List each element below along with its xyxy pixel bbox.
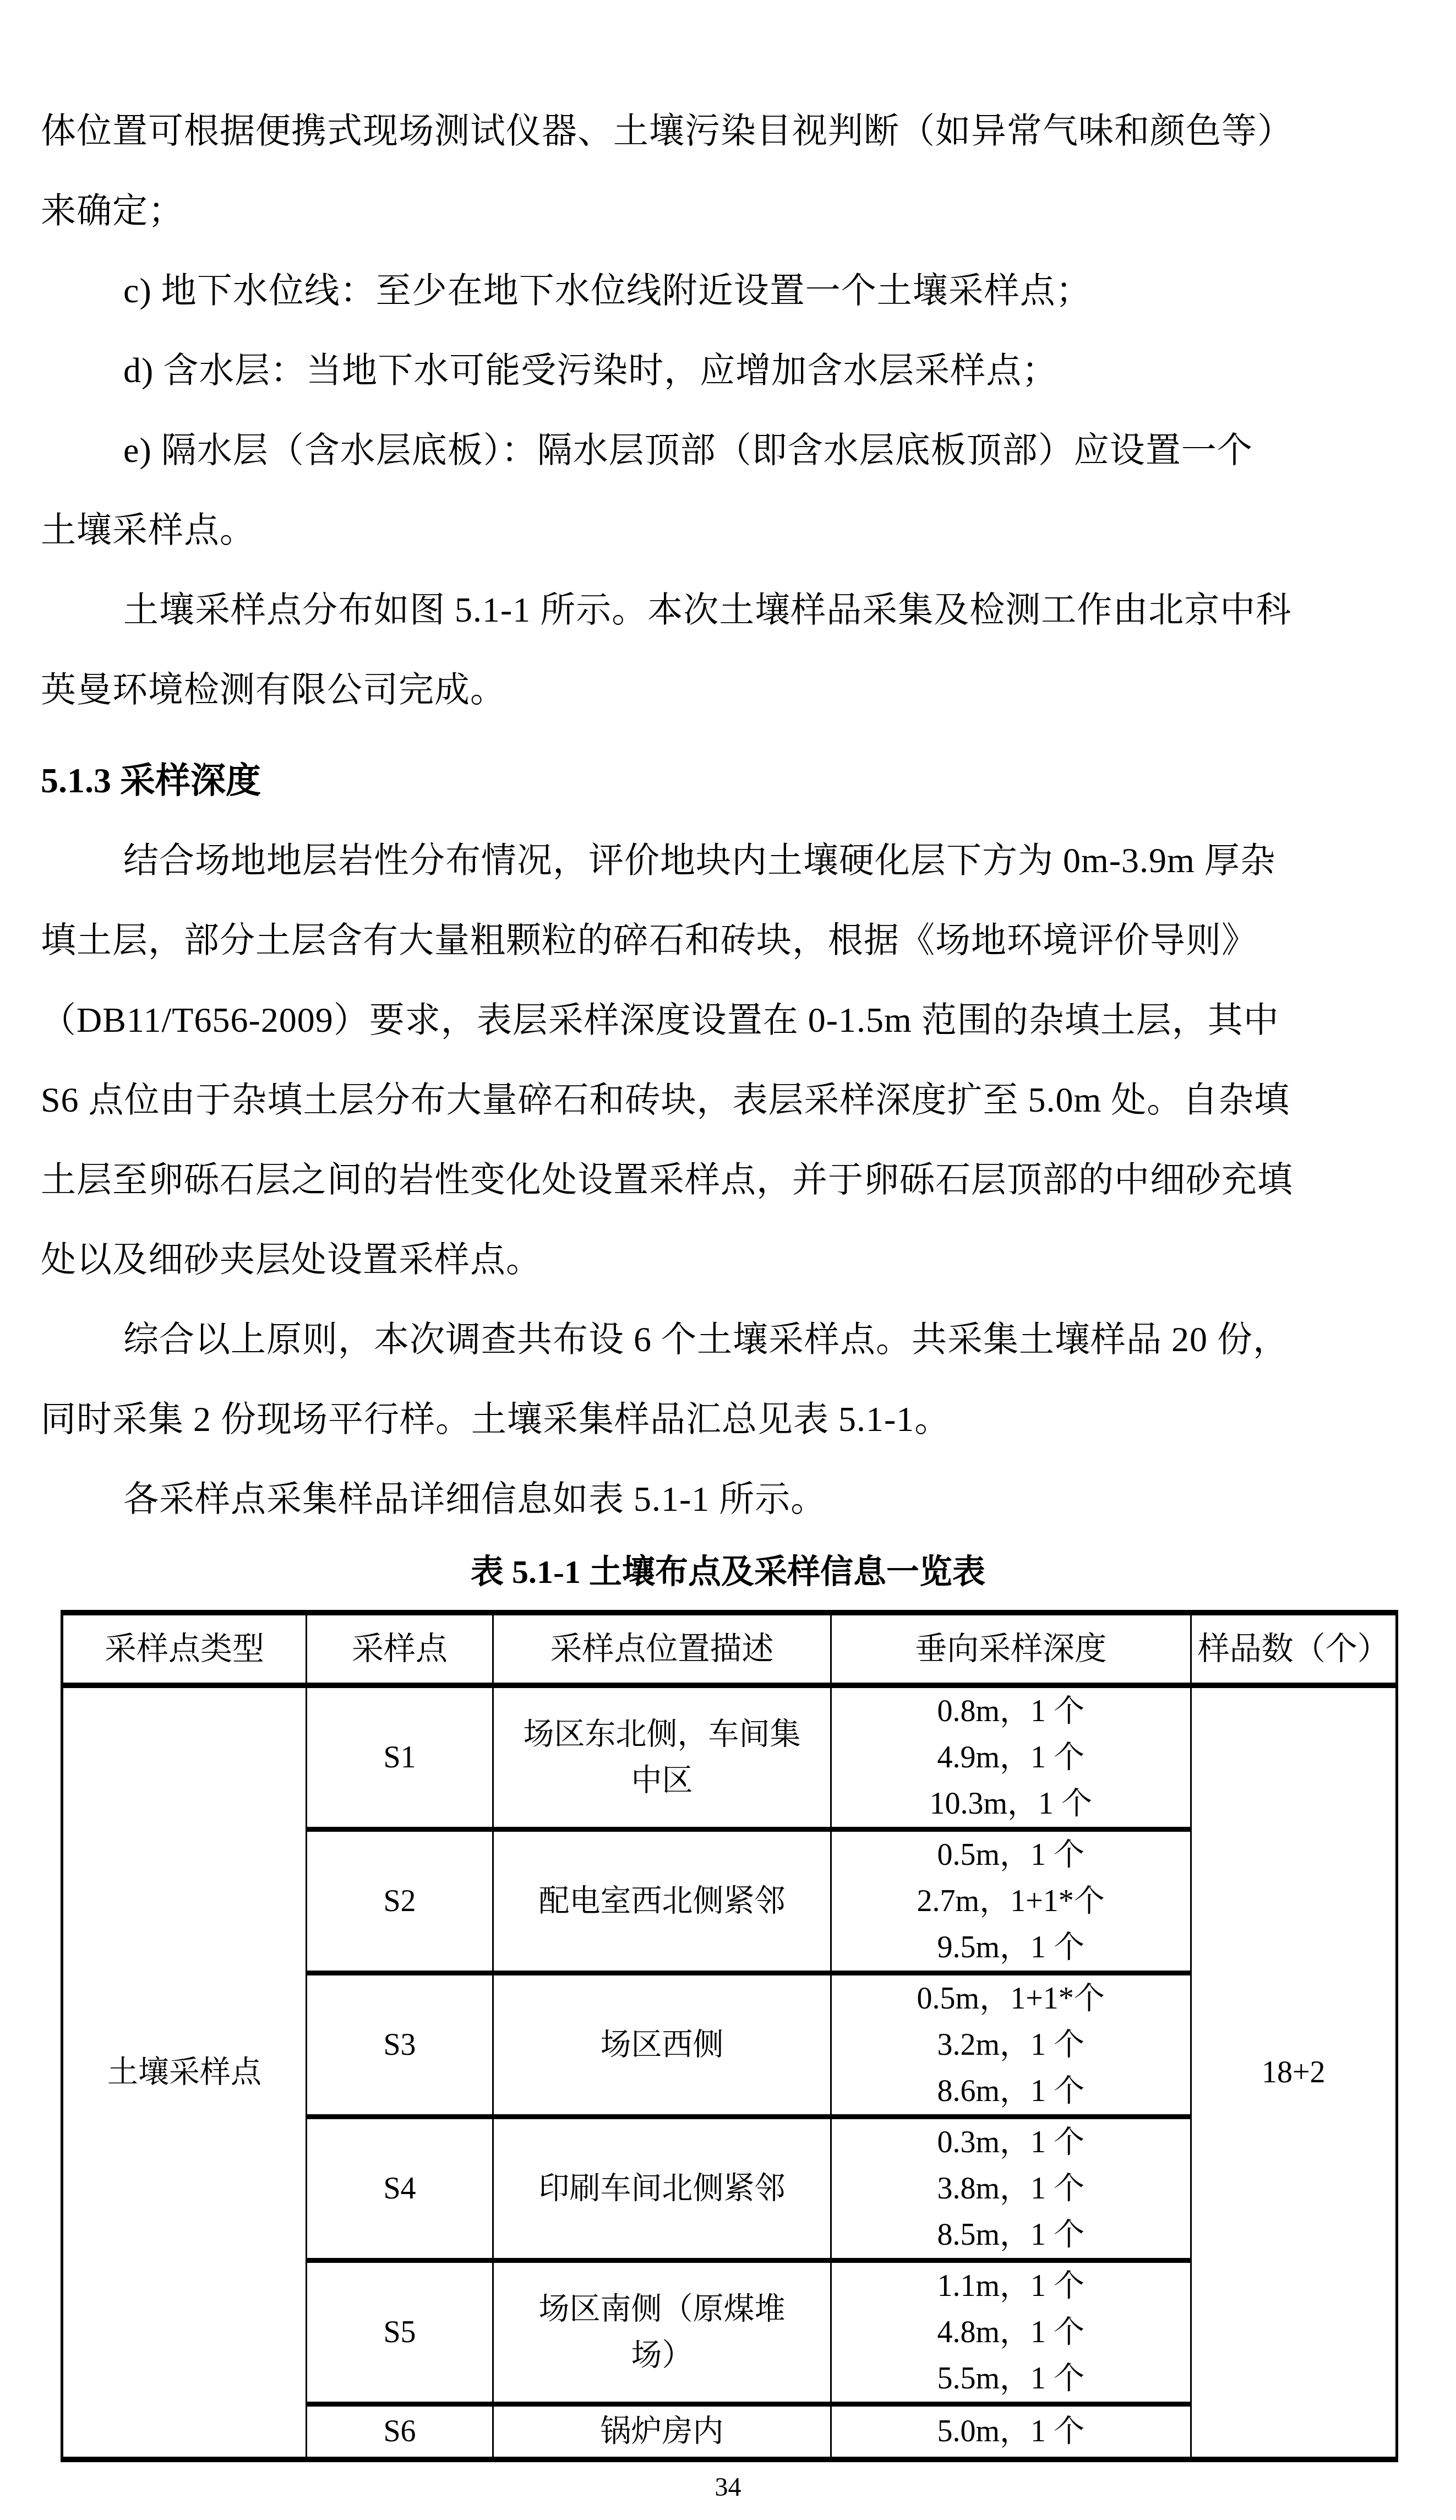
paragraph-summary: 综合以上原则，本次调查共布设 6 个土壤采样点。共采集土壤样品 20 份， 同时… <box>41 1299 1417 1459</box>
cell-location: 锅炉房内 <box>493 2404 831 2459</box>
text-line: 土层至卵砾石层之间的岩性变化处设置采样点，并于卵砾石层顶部的中细砂充填 <box>41 1140 1417 1220</box>
depth-entry: 8.5m，1 个 <box>837 2212 1185 2258</box>
text-line: d) 含水层：当地下水可能受污染时，应增加含水层采样点； <box>123 330 1417 410</box>
depth-entry: 0.3m，1 个 <box>837 2119 1185 2165</box>
cell-location: 场区东北侧，车间集中区 <box>493 1685 831 1830</box>
cell-point: S6 <box>306 2404 493 2459</box>
cell-point: S5 <box>306 2261 493 2404</box>
cell-location: 配电室西北侧紧邻 <box>493 1830 831 1973</box>
text-line: 体位置可根据便携式现场测试仪器、土壤污染目视判断（如异常气味和颜色等） <box>41 91 1417 171</box>
cell-location: 印刷车间北侧紧邻 <box>493 2117 831 2261</box>
depth-entry: 2.7m，1+1*个 <box>837 1878 1185 1924</box>
text-line: 综合以上原则，本次调查共布设 6 个土壤采样点。共采集土壤样品 20 份， <box>41 1299 1417 1379</box>
column-header-location: 采样点位置描述 <box>493 1613 831 1685</box>
text-line: 土壤采样点。 <box>41 490 1417 570</box>
text-line: 同时采集 2 份现场平行样。土壤采集样品汇总见表 5.1-1。 <box>41 1379 1417 1459</box>
cell-point: S2 <box>306 1830 493 1973</box>
column-header-point: 采样点 <box>306 1613 493 1685</box>
cell-location: 场区西侧 <box>493 1973 831 2117</box>
depth-entry: 4.9m，1 个 <box>837 1734 1185 1781</box>
paragraph-sampling-distribution: 土壤采样点分布如图 5.1-1 所示。本次土壤样品采集及检测工作由北京中科 英曼… <box>41 570 1417 730</box>
list-item-d-aquifer: d) 含水层：当地下水可能受污染时，应增加含水层采样点； <box>123 330 1417 410</box>
column-header-depth: 垂向采样深度 <box>831 1613 1191 1685</box>
cell-point: S1 <box>306 1685 493 1830</box>
depth-entry: 0.5m，1+1*个 <box>837 1975 1185 2022</box>
list-item-e-aquitard: e) 隔水层（含水层底板）：隔水层顶部（即含水层底板顶部）应设置一个 土壤采样点… <box>41 410 1417 570</box>
text-line: 各采样点采集样品详细信息如表 5.1-1 所示。 <box>123 1459 1417 1539</box>
paragraph-sampling-position: 体位置可根据便携式现场测试仪器、土壤污染目视判断（如异常气味和颜色等） 来确定； <box>41 91 1417 251</box>
depth-entry: 1.1m，1 个 <box>837 2263 1185 2309</box>
column-header-count: 样品数（个） <box>1191 1613 1397 1685</box>
text-line: S6 点位由于杂填土层分布大量碎石和砖块，表层采样深度扩至 5.0m 处。自杂填 <box>41 1060 1417 1140</box>
depth-entry: 3.8m，1 个 <box>837 2165 1185 2212</box>
paragraph-table-reference: 各采样点采集样品详细信息如表 5.1-1 所示。 <box>123 1459 1417 1539</box>
table-row: 土壤采样点 S1 场区东北侧，车间集中区 0.8m，1 个 4.9m，1 个 1… <box>62 1685 1397 1830</box>
depth-entry: 4.8m，1 个 <box>837 2309 1185 2355</box>
table-header-row: 采样点类型 采样点 采样点位置描述 垂向采样深度 样品数（个） <box>62 1613 1397 1685</box>
cell-depths: 0.5m，1 个 2.7m，1+1*个 9.5m，1 个 <box>831 1830 1191 1973</box>
depth-entry: 0.5m，1 个 <box>837 1832 1185 1878</box>
cell-depths: 0.8m，1 个 4.9m，1 个 10.3m，1 个 <box>831 1685 1191 1830</box>
paragraph-sampling-depth: 结合场地地层岩性分布情况，评价地块内土壤硬化层下方为 0m-3.9m 厚杂 填土… <box>41 820 1417 1299</box>
text-line: 填土层，部分土层含有大量粗颗粒的碎石和砖块，根据《场地环境评价导则》 <box>41 900 1417 980</box>
depth-entry: 5.5m，1 个 <box>837 2355 1185 2402</box>
text-line: c) 地下水位线：至少在地下水位线附近设置一个土壤采样点； <box>123 251 1417 330</box>
cell-sample-count: 18+2 <box>1191 1685 1397 2459</box>
text-line: 结合场地地层岩性分布情况，评价地块内土壤硬化层下方为 0m-3.9m 厚杂 <box>41 820 1417 900</box>
depth-entry: 9.5m，1 个 <box>837 1924 1185 1971</box>
column-header-type: 采样点类型 <box>62 1613 307 1685</box>
text-line: 土壤采样点分布如图 5.1-1 所示。本次土壤样品采集及检测工作由北京中科 <box>41 570 1417 650</box>
sampling-info-table: 采样点类型 采样点 采样点位置描述 垂向采样深度 样品数（个） 土壤采样点 S1… <box>61 1610 1398 2462</box>
cell-depths: 0.5m，1+1*个 3.2m，1 个 8.6m，1 个 <box>831 1973 1191 2117</box>
text-line: e) 隔水层（含水层底板）：隔水层顶部（即含水层底板顶部）应设置一个 <box>41 410 1417 490</box>
text-line: 英曼环境检测有限公司完成。 <box>41 650 1417 730</box>
depth-entry: 3.2m，1 个 <box>837 2022 1185 2068</box>
depth-entry: 10.3m，1 个 <box>837 1781 1185 1827</box>
text-line: 处以及细砂夹层处设置采样点。 <box>41 1220 1417 1299</box>
text-line: （DB11/T656-2009）要求，表层采样深度设置在 0-1.5m 范围的杂… <box>41 980 1417 1060</box>
list-item-c-groundwater-line: c) 地下水位线：至少在地下水位线附近设置一个土壤采样点； <box>123 251 1417 330</box>
cell-sample-type: 土壤采样点 <box>62 1685 307 2459</box>
cell-point: S3 <box>306 1973 493 2117</box>
text-line: 来确定； <box>41 171 1417 251</box>
depth-entry: 0.8m，1 个 <box>837 1688 1185 1734</box>
depth-entry: 5.0m，1 个 <box>837 2408 1185 2454</box>
cell-depths: 5.0m，1 个 <box>831 2404 1191 2459</box>
cell-location: 场区南侧（原煤堆场） <box>493 2261 831 2404</box>
table-caption: 表 5.1-1 土壤布点及采样信息一览表 <box>0 1544 1456 1599</box>
cell-depths: 0.3m，1 个 3.8m，1 个 8.5m，1 个 <box>831 2117 1191 2261</box>
page-number: 34 <box>0 2472 1456 2502</box>
cell-depths: 1.1m，1 个 4.8m，1 个 5.5m，1 个 <box>831 2261 1191 2404</box>
cell-point: S4 <box>306 2117 493 2261</box>
depth-entry: 8.6m，1 个 <box>837 2068 1185 2114</box>
section-heading: 5.1.3 采样深度 <box>41 741 261 820</box>
